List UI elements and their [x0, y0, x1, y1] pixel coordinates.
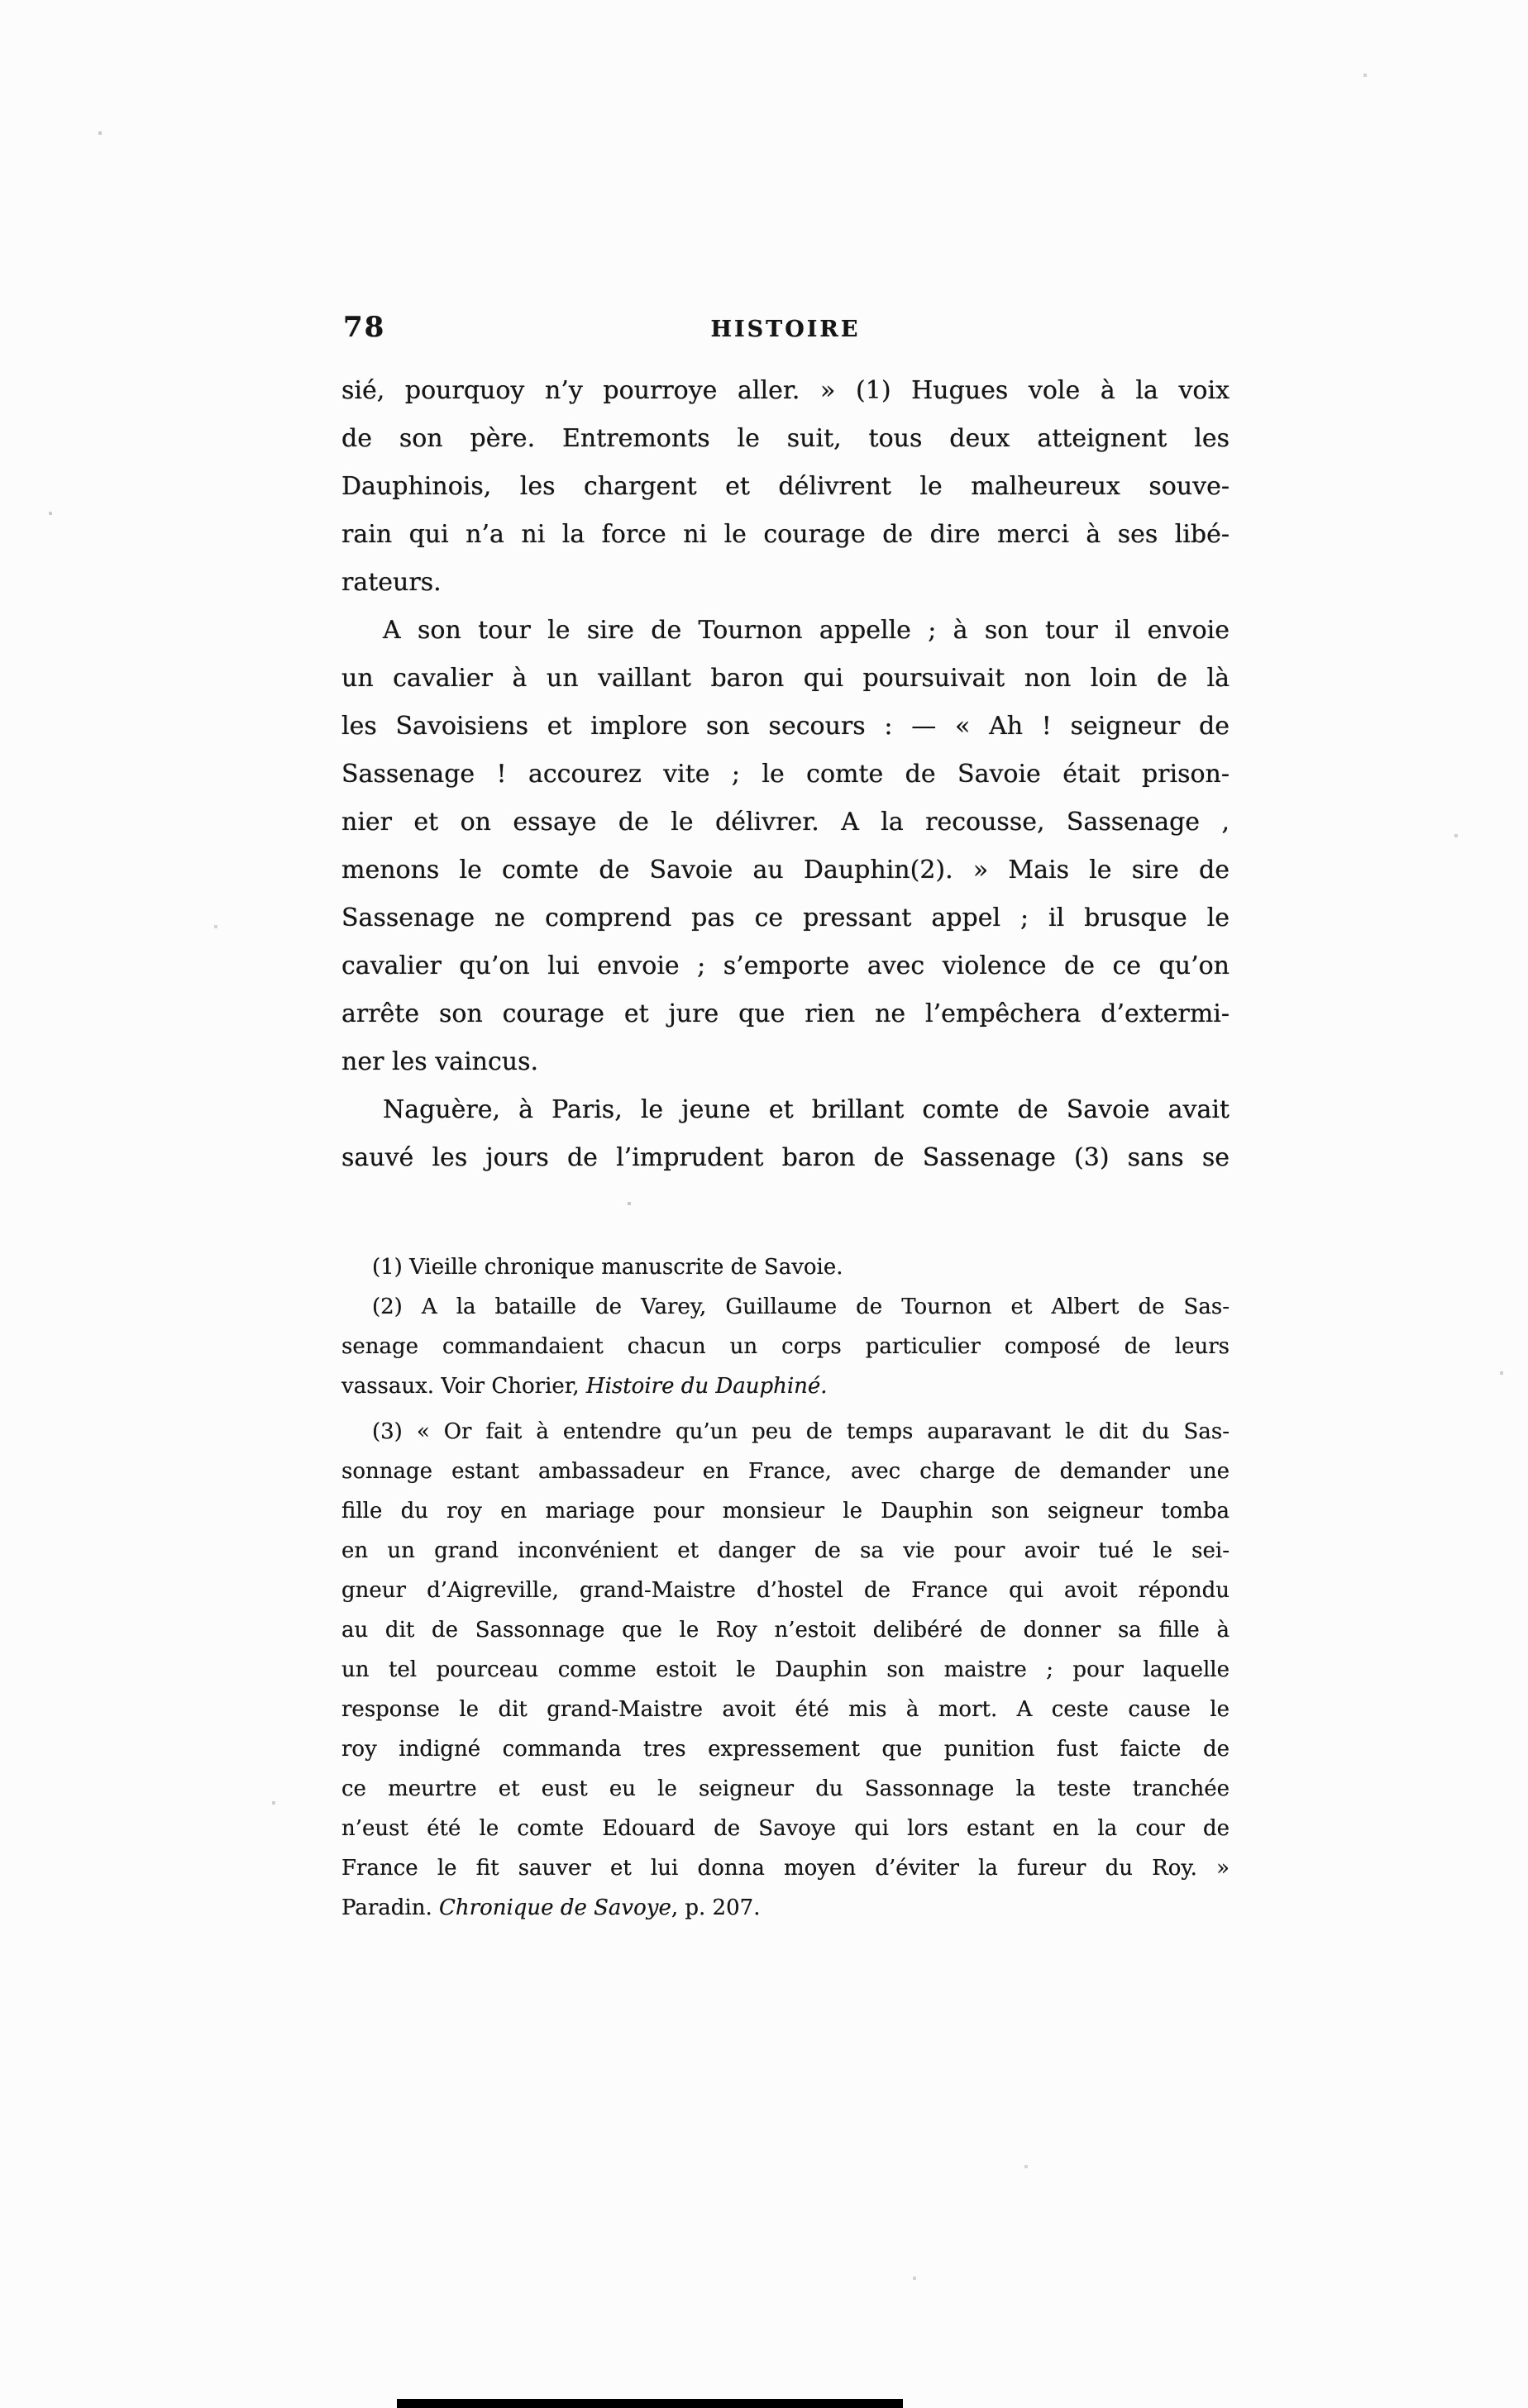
text-line: Sassenage ne comprend pas ce pressant ap… [341, 894, 1230, 942]
plain-text: arrête son courage et jure que rien ne l… [341, 999, 1230, 1028]
plain-text: (1) Vieille chronique manuscrite de Savo… [372, 1255, 843, 1280]
text-line: France le fit sauver et lui donna moyen … [341, 1848, 1230, 1888]
paragraph: (3) « Or fait à entendre qu’un peu de te… [341, 1412, 1230, 1928]
text-line: un cavalier à un vaillant baron qui pour… [341, 655, 1230, 703]
plain-text: un tel pourceau comme estoit le Dauphin … [341, 1657, 1230, 1682]
plain-text: Dauphinois, les chargent et délivrent le… [341, 472, 1230, 501]
text-line: roy indigné commanda tres expressement q… [341, 1729, 1230, 1769]
plain-text: fille du roy en mariage pour monsieur le… [341, 1499, 1230, 1523]
plain-text: en un grand inconvénient et danger de sa… [341, 1538, 1230, 1563]
text-line: ce meurtre et eust eu le seigneur du Sas… [341, 1769, 1230, 1809]
plain-text: nier et on essaye de le délivrer. A la r… [341, 808, 1230, 837]
text-line: vassaux. Voir Chorier, Histoire du Dauph… [341, 1366, 1230, 1406]
text-line: n’eust été le comte Edouard de Savoye qu… [341, 1809, 1230, 1848]
plain-text: , p. 207. [671, 1895, 761, 1920]
text-line: arrête son courage et jure que rien ne l… [341, 990, 1230, 1038]
text-line: menons le comte de Savoie au Dauphin(2).… [341, 846, 1230, 894]
text-line: rain qui n’a ni la force ni le courage d… [341, 511, 1230, 559]
plain-text: A son tour le sire de Tournon appelle ; … [383, 616, 1230, 645]
text-line: gneur d’Aigreville, grand-Maistre d’host… [341, 1571, 1230, 1610]
paragraph: (2) A la bataille de Varey, Guillaume de… [341, 1287, 1230, 1406]
text-line: Naguère, à Paris, le jeune et brillant c… [341, 1086, 1230, 1134]
plain-text: cavalier qu’on lui envoie ; s’emporte av… [341, 951, 1230, 980]
plain-text: rain qui n’a ni la force ni le courage d… [341, 520, 1230, 549]
text-line: au dit de Sassonnage que le Roy n’estoit… [341, 1610, 1230, 1650]
plain-text: vassaux. Voir Chorier, [341, 1374, 586, 1399]
text-line: sauvé les jours de l’imprudent baron de … [341, 1134, 1230, 1182]
text-line: fille du roy en mariage pour monsieur le… [341, 1491, 1230, 1531]
scan-noise-specks [0, 0, 2, 2]
plain-text: sonnage estant ambassadeur en France, av… [341, 1459, 1230, 1484]
footnotes-section: (1) Vieille chronique manuscrite de Savo… [341, 1247, 1230, 1928]
text-line: cavalier qu’on lui envoie ; s’emporte av… [341, 942, 1230, 990]
plain-text: gneur d’Aigreville, grand-Maistre d’host… [341, 1578, 1230, 1603]
plain-text: senage commandaient chacun un corps part… [341, 1334, 1230, 1359]
text-line: senage commandaient chacun un corps part… [341, 1327, 1230, 1366]
plain-text: Sassenage ! accourez vite ; le comte de … [341, 760, 1230, 789]
running-title: HISTOIRE [341, 317, 1230, 342]
text-line: de son père. Entremonts le suit, tous de… [341, 415, 1230, 463]
plain-text: Paradin. [341, 1895, 439, 1920]
page-header: 78 HISTOIRE [341, 311, 1230, 346]
plain-text: ce meurtre et eust eu le seigneur du Sas… [341, 1776, 1230, 1801]
plain-text: Naguère, à Paris, le jeune et brillant c… [383, 1095, 1230, 1124]
paragraph: Naguère, à Paris, le jeune et brillant c… [341, 1086, 1230, 1182]
text-line: Paradin. Chronique de Savoye, p. 207. [341, 1888, 1230, 1928]
plain-text: (2) A la bataille de Varey, Guillaume de… [372, 1295, 1230, 1319]
text-line: un tel pourceau comme estoit le Dauphin … [341, 1650, 1230, 1690]
text-line: les Savoisiens et implore son secours : … [341, 703, 1230, 751]
text-line: (2) A la bataille de Varey, Guillaume de… [341, 1287, 1230, 1327]
text-line: nier et on essaye de le délivrer. A la r… [341, 799, 1230, 846]
book-page: 78 HISTOIRE sié, pourquoy n’y pourroye a… [0, 0, 1528, 2408]
text-line: sonnage estant ambassadeur en France, av… [341, 1452, 1230, 1491]
paragraph: (1) Vieille chronique manuscrite de Savo… [341, 1247, 1230, 1287]
plain-text: sié, pourquoy n’y pourroye aller. » (1) … [341, 376, 1230, 405]
italic-text: Chronique de Savoye [439, 1895, 671, 1920]
plain-text: n’eust été le comte Edouard de Savoye qu… [341, 1816, 1230, 1841]
plain-text: ner les vaincus. [341, 1047, 538, 1076]
text-line: sié, pourquoy n’y pourroye aller. » (1) … [341, 367, 1230, 415]
text-line: en un grand inconvénient et danger de sa… [341, 1531, 1230, 1571]
text-line: response le dit grand-Maistre avoit été … [341, 1690, 1230, 1729]
plain-text: menons le comte de Savoie au Dauphin(2).… [341, 856, 1230, 885]
plain-text: (3) « Or fait à entendre qu’un peu de te… [372, 1419, 1230, 1444]
plain-text: France le fit sauver et lui donna moyen … [341, 1856, 1230, 1881]
text-line: A son tour le sire de Tournon appelle ; … [341, 607, 1230, 655]
scan-artifact-bar [397, 2399, 903, 2408]
plain-text: roy indigné commanda tres expressement q… [341, 1737, 1230, 1762]
text-line: (3) « Or fait à entendre qu’un peu de te… [341, 1412, 1230, 1452]
text-line: ner les vaincus. [341, 1038, 1230, 1086]
body-text: sié, pourquoy n’y pourroye aller. » (1) … [341, 367, 1230, 1182]
plain-text: response le dit grand-Maistre avoit été … [341, 1697, 1230, 1722]
italic-text: Histoire du Dauphiné. [586, 1374, 828, 1399]
text-line: Dauphinois, les chargent et délivrent le… [341, 463, 1230, 511]
plain-text: sauvé les jours de l’imprudent baron de … [341, 1143, 1230, 1172]
plain-text: les Savoisiens et implore son secours : … [341, 712, 1230, 741]
text-line: (1) Vieille chronique manuscrite de Savo… [341, 1247, 1230, 1287]
paragraph: sié, pourquoy n’y pourroye aller. » (1) … [341, 367, 1230, 607]
text-line: Sassenage ! accourez vite ; le comte de … [341, 751, 1230, 799]
plain-text: au dit de Sassonnage que le Roy n’estoit… [341, 1618, 1230, 1643]
paragraph: A son tour le sire de Tournon appelle ; … [341, 607, 1230, 1086]
plain-text: rateurs. [341, 568, 442, 597]
plain-text: Sassenage ne comprend pas ce pressant ap… [341, 904, 1230, 932]
plain-text: de son père. Entremonts le suit, tous de… [341, 424, 1230, 453]
plain-text: un cavalier à un vaillant baron qui pour… [341, 664, 1230, 693]
text-line: rateurs. [341, 559, 1230, 607]
